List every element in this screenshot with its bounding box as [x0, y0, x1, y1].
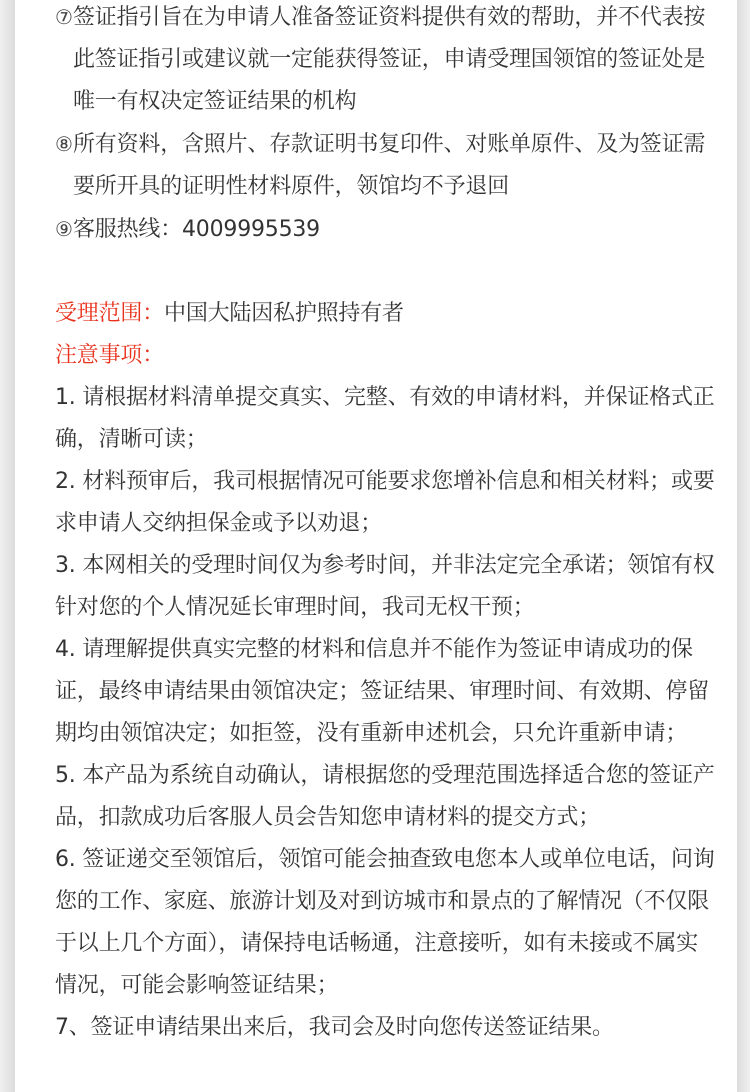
note-item-5: 5. 本产品为系统自动确认，请根据您的受理范围选择适合您的签证产品，扣款成功后客… — [55, 755, 715, 839]
tip-text: 签证指引旨在为申请人准备签证资料提供有效的帮助，并不代表按此签证指引或建议就一定… — [73, 5, 705, 114]
hotline-text: 客服热线：4009995539 — [73, 217, 320, 242]
note-item-2: 2. 材料预审后，我司根据情况可能要求您增补信息和相关材料；或要求申请人交纳担保… — [55, 461, 715, 545]
circled-number-7: ⑦ — [55, 0, 73, 38]
tip-item-7: ⑦签证指引旨在为申请人准备签证资料提供有效的帮助，并不代表按此签证指引或建议就一… — [55, 0, 715, 123]
circled-number-8: ⑧ — [55, 123, 73, 165]
content-card: ⑦签证指引旨在为申请人准备签证资料提供有效的帮助，并不代表按此签证指引或建议就一… — [15, 0, 737, 1092]
scope-row: 受理范围：中国大陆因私护照持有者 — [55, 293, 715, 335]
notes-heading: 注意事项： — [55, 335, 715, 377]
note-item-6: 6. 签证递交至领馆后，领馆可能会抽查致电您本人或单位电话，问询您的工作、家庭、… — [55, 839, 715, 1007]
tip-item-9-hotline: ⑨客服热线：4009995539 — [55, 208, 715, 251]
note-item-1: 1. 请根据材料清单提交真实、完整、有效的申请材料，并保证格式正确，清晰可读； — [55, 377, 715, 461]
scope-value: 中国大陆因私护照持有者 — [164, 301, 404, 326]
note-item-7: 7、签证申请结果出来后，我司会及时向您传送签证结果。 — [55, 1007, 715, 1049]
circled-number-9: ⑨ — [55, 208, 73, 250]
visa-notes-content: ⑦签证指引旨在为申请人准备签证资料提供有效的帮助，并不代表按此签证指引或建议就一… — [55, 0, 715, 1049]
scope-label: 受理范围： — [55, 301, 164, 326]
note-item-4: 4. 请理解提供真实完整的材料和信息并不能作为签证申请成功的保证，最终申请结果由… — [55, 629, 715, 755]
section-spacer — [55, 251, 715, 293]
notes-label: 注意事项： — [55, 343, 164, 368]
note-item-3: 3. 本网相关的受理时间仅为参考时间，并非法定完全承诺；领馆有权针对您的个人情况… — [55, 545, 715, 629]
tip-text: 所有资料，含照片、存款证明书复印件、对账单原件、及为签证需要所开具的证明性材料原… — [73, 132, 705, 199]
tip-item-8: ⑧所有资料，含照片、存款证明书复印件、对账单原件、及为签证需要所开具的证明性材料… — [55, 123, 715, 208]
